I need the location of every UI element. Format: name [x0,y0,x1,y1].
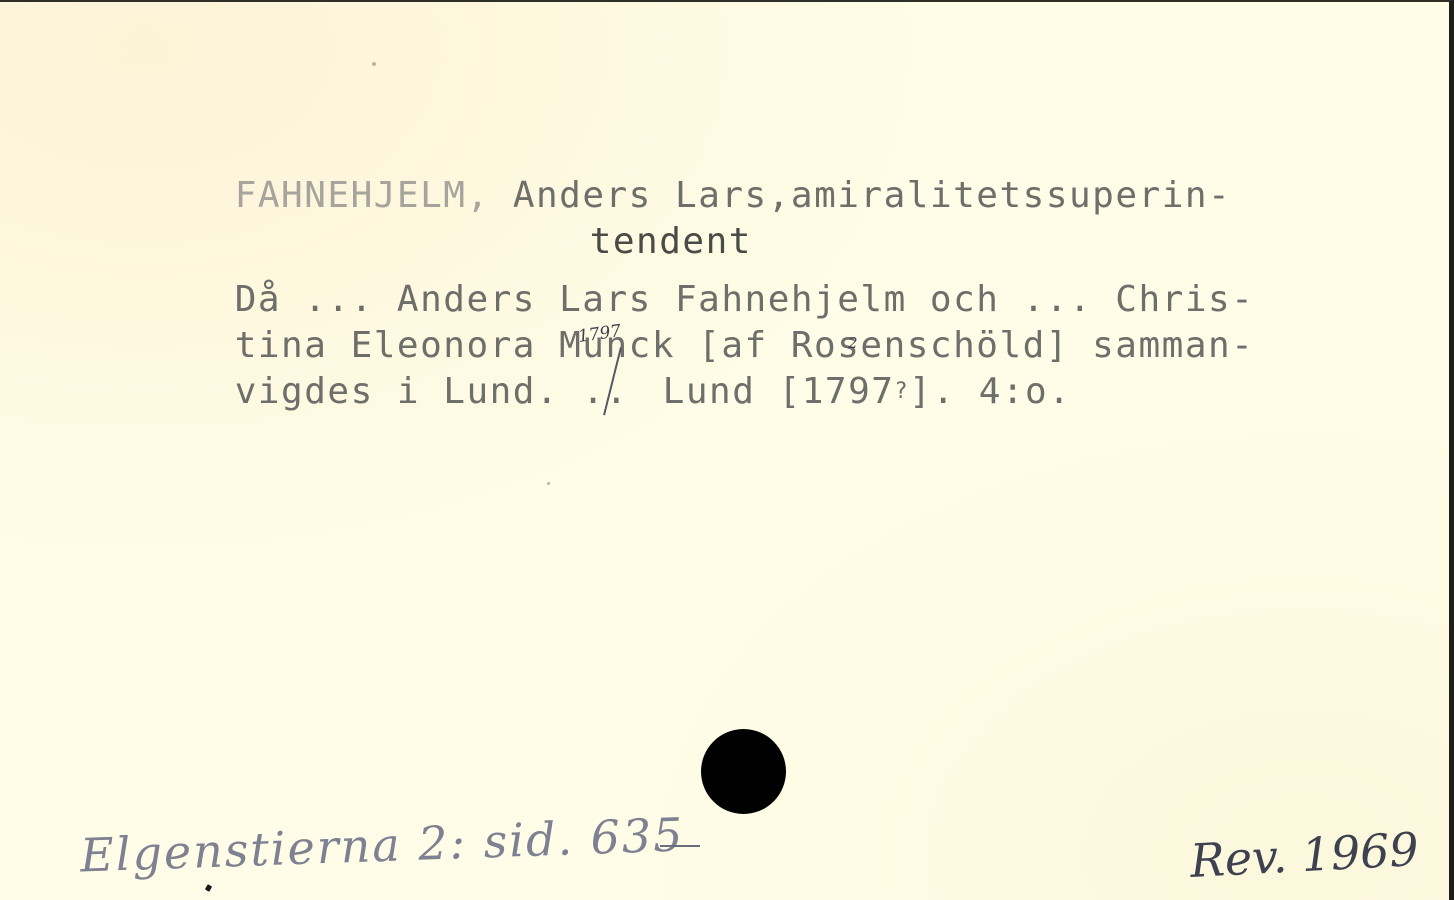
catalog-card: FAHNEHJELM, Anders Lars,amiralitetssuper… [0,0,1454,900]
year-uncertain-mark: ? [894,379,909,404]
body-text-line-3-tail: ]. 4:o. [909,371,1071,412]
author-surname: FAHNEHJELM, [235,175,490,216]
body-line-3: vigdes i Lund. ..Lund [1797?]. 4:o. [142,326,1071,458]
handwritten-superscript: 2 [848,334,858,352]
paper-speck [547,482,550,485]
author-role-part1: ,amiralitetssuperin- [768,175,1231,216]
body-text-line-3-start: vigdes i Lund. .. [235,371,629,412]
reference-underline-mark [660,845,700,847]
body-text-line-3-end: Lund [1797 [663,371,895,412]
handwritten-revision: Rev. 1969 [1189,822,1420,888]
handwritten-reference: Elgenstierna 2: sid. 635 [79,807,685,882]
card-punch-hole [701,729,786,814]
paper-speck [205,884,212,892]
paper-speck [372,62,376,66]
